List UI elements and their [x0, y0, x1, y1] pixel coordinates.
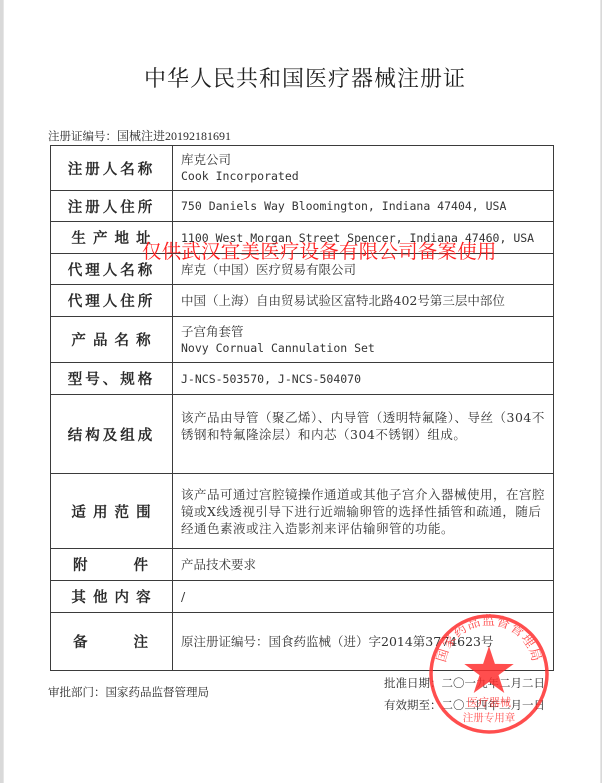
certificate-number-value: 国械注进20192181691 [117, 129, 231, 143]
row-label: 备注 [51, 613, 173, 671]
row-label: 代理人住所 [51, 285, 173, 317]
row-label: 注册人住所 [51, 191, 173, 222]
row-label: 产 品 名 称 [51, 317, 173, 363]
row-label: 注册人名称 [51, 146, 173, 191]
row-value: 库克公司 Cook Incorporated [173, 146, 554, 191]
row-value: 产品技术要求 [173, 549, 554, 581]
row-value: 中国（上海）自由贸易试验区富特北路402号第三层中部位 [173, 285, 554, 317]
registrant-name-en: Cook Incorporated [181, 168, 553, 185]
document-title: 中华人民共和国医疗器械注册证 [4, 62, 602, 93]
table-row-attachment: 附件 产品技术要求 [51, 549, 554, 581]
date-block: 批准日期：二〇一九年二月二日 有效期至：二〇二四年二月一日 [384, 672, 545, 716]
table-row-structure: 结构及组成 该产品由导管（聚乙烯）、内导管（透明特氟隆）、导丝（304不锈钢和特… [51, 395, 554, 474]
row-label: 结构及组成 [51, 395, 173, 474]
table-row-registrant-address: 注册人住所 750 Daniels Way Bloomington, India… [51, 191, 554, 222]
row-value: 该产品由导管（聚乙烯）、内导管（透明特氟隆）、导丝（304不锈钢和特氟隆涂层）和… [173, 395, 554, 474]
table-row-product-name: 产 品 名 称 子宫角套管 Novy Cornual Cannulation S… [51, 317, 554, 363]
table-row-remarks: 备注 原注册证编号：国食药监械（进）字2014第3774623号 [51, 613, 554, 671]
row-label: 适 用 范 围 [51, 474, 173, 549]
approval-department: 审批部门：国家药品监督管理局 [48, 684, 209, 700]
registrant-name-cn: 库克公司 [181, 151, 553, 168]
row-value: J-NCS-503570, J-NCS-504070 [173, 363, 554, 395]
product-name-en: Novy Cornual Cannulation Set [181, 340, 553, 357]
row-value: / [173, 581, 554, 613]
table-row-agent-address: 代理人住所 中国（上海）自由贸易试验区富特北路402号第三层中部位 [51, 285, 554, 317]
valid-until-date: 有效期至：二〇二四年二月一日 [384, 694, 545, 716]
row-value: 原注册证编号：国食药监械（进）字2014第3774623号 [173, 613, 554, 671]
table-row-registrant-name: 注册人名称 库克公司 Cook Incorporated [51, 146, 554, 191]
row-label: 附件 [51, 549, 173, 581]
row-value: 该产品可通过宫腔镜操作通道或其他子宫介入器械使用，在宫腔镜或X线透视引导下进行近… [173, 474, 554, 549]
product-name-cn: 子宫角套管 [181, 323, 553, 340]
row-label: 其 他 内 容 [51, 581, 173, 613]
table-row-scope: 适 用 范 围 该产品可通过宫腔镜操作通道或其他子宫介入器械使用，在宫腔镜或X线… [51, 474, 554, 549]
certificate-number-label: 注册证编号： [48, 129, 117, 143]
certificate-page: 中华人民共和国医疗器械注册证 注册证编号：国械注进20192181691 注册人… [3, 0, 601, 783]
approval-date: 批准日期：二〇一九年二月二日 [384, 672, 545, 694]
row-value: 子宫角套管 Novy Cornual Cannulation Set [173, 317, 554, 363]
watermark-text: 仅供武汉宜美医疗设备有限公司备案使用 [142, 236, 497, 264]
table-row-other: 其 他 内 容 / [51, 581, 554, 613]
table-row-model-spec: 型号、规格 J-NCS-503570, J-NCS-504070 [51, 363, 554, 395]
certificate-number: 注册证编号：国械注进20192181691 [48, 127, 231, 144]
row-label: 型号、规格 [51, 363, 173, 395]
registration-table: 注册人名称 库克公司 Cook Incorporated 注册人住所 750 D… [50, 145, 554, 671]
row-value: 750 Daniels Way Bloomington, Indiana 474… [173, 191, 554, 222]
